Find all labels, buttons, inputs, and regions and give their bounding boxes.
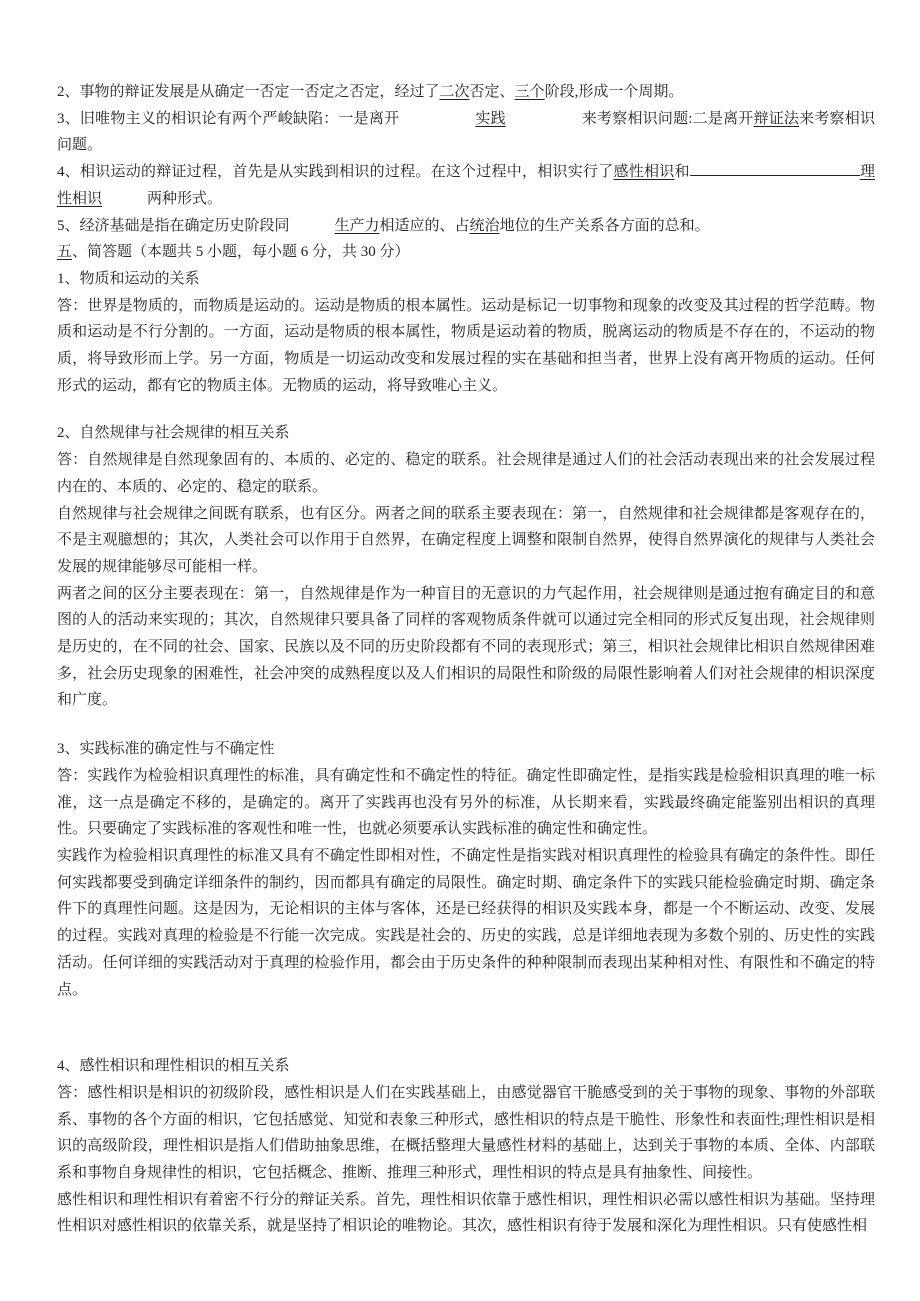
text-run: 答：感性相识是相识的初级阶段，感性相识是人们在实践基础上，由感觉器官干脆感受到的… <box>57 1085 875 1181</box>
text-run: 4、感性相识和理性相识的相互关系 <box>57 1058 290 1074</box>
underlined-answer-text: 统治 <box>470 218 500 234</box>
q2-answer-p2: 自然规律与社会规律之间既有联系，也有区分。两者之间的联系主要表现在：第一，自然规… <box>57 501 875 581</box>
text-run: 和 <box>674 164 689 180</box>
document-page: 2、事物的辩证发展是从确定一否定一否定之否定，经过了二次否定、三个阶段,形成一个… <box>0 0 920 1301</box>
q2-title: 2、自然规律与社会规律的相互关系 <box>57 420 875 447</box>
underlined-answer-text: 五 <box>57 244 72 260</box>
q2-answer-p3: 两者之间的区分主要表现在：第一，自然规律是作为一种盲目的无意识的力气起作用，社会… <box>57 581 875 715</box>
text-run: 来考察相识问题:二是离开 <box>506 111 754 127</box>
text-run: 1、物质和运动的关系 <box>57 271 200 287</box>
text-run: 3、实践标准的确定性与不确定性 <box>57 741 275 757</box>
text-run: 两种形式。 <box>102 191 222 207</box>
text-run: 阶段,形成一个周期。 <box>545 84 684 100</box>
underlined-answer-text: 感性相识 <box>614 164 675 180</box>
q4-answer-p2: 感性相识和理性相识有着密不行分的辩证关系。首先，理性相识依靠于感性相识，理性相识… <box>57 1187 875 1240</box>
text-run: 2、自然规律与社会规律的相互关系 <box>57 425 290 441</box>
text-run: 地位的生产关系各方面的总和。 <box>500 218 710 234</box>
text-run: 5、经济基础是指在确定历史阶段同 <box>57 218 335 234</box>
q2-answer-p1: 答：自然规律是自然现象固有的、本质的、必定的、稳定的联系。社会规律是通过人们的社… <box>57 447 875 500</box>
fill-item-4: 4、相识运动的辩证过程，首先是从实践到相识的过程。在这个过程中，相识实行了感性相… <box>57 159 875 212</box>
q3-answer-p1: 答：实践作为检验相识真理性的标准，具有确定性和不确定性的特征。确定性即确定性，是… <box>57 763 875 843</box>
text-run: 答：世界是物质的，而物质是运动的。运动是物质的根本属性。运动是标记一切事物和现象… <box>57 298 875 394</box>
section-title: 五、简答题（本题共 5 小题，每小题 6 分，共 30 分） <box>57 239 875 266</box>
text-run: 自然规律与社会规律之间既有联系，也有区分。两者之间的联系主要表现在：第一，自然规… <box>57 506 875 575</box>
fill-item-2: 2、事物的辩证发展是从确定一否定一否定之否定，经过了二次否定、三个阶段,形成一个… <box>57 79 875 106</box>
document-body: 2、事物的辩证发展是从确定一否定一否定之否定，经过了二次否定、三个阶段,形成一个… <box>57 79 875 1240</box>
underlined-answer-text: 实践 <box>475 111 505 127</box>
fill-item-5: 5、经济基础是指在确定历史阶段同 生产力相适应的、占统治地位的生产关系各方面的总… <box>57 213 875 240</box>
q1-answer: 答：世界是物质的，而物质是运动的。运动是物质的根本属性。运动是标记一切事物和现象… <box>57 293 875 400</box>
underlined-answer-text: 生产力 <box>335 218 380 234</box>
underlined-answer-text: 三个 <box>515 84 545 100</box>
text-run: 相适应的、占 <box>380 218 470 234</box>
text-run: 4、相识运动的辩证过程，首先是从实践到相识的过程。在这个过程中，相识实行了 <box>57 164 614 180</box>
q1-title: 1、物质和运动的关系 <box>57 266 875 293</box>
text-run: 、简答题（本题共 5 小题，每小题 6 分，共 30 分） <box>72 244 410 260</box>
q4-title: 4、感性相识和理性相识的相互关系 <box>57 1053 875 1080</box>
underlined-answer-text: 辩证法 <box>754 111 800 127</box>
text-run: 3、旧唯物主义的相识论有两个严峻缺陷：一是离开 <box>57 111 475 127</box>
text-run: 答：实践作为检验相识真理性的标准，具有确定性和不确定性的特征。确定性即确定性，是… <box>57 768 875 837</box>
underlined-answer-text: 二次 <box>440 84 470 100</box>
text-run: 否定、 <box>470 84 515 100</box>
text-run: 答：自然规律是自然现象固有的、本质的、必定的、稳定的联系。社会规律是通过人们的社… <box>57 452 875 495</box>
fill-item-3: 3、旧唯物主义的相识论有两个严峻缺陷：一是离开 实践 来考察相识问题:二是离开辩… <box>57 106 875 159</box>
fill-in-blank-line <box>690 160 860 176</box>
q4-answer-p1: 答：感性相识是相识的初级阶段，感性相识是人们在实践基础上，由感觉器官干脆感受到的… <box>57 1080 875 1187</box>
text-run: 实践作为检验相识真理性的标准又具有不确定性即相对性，不确定性是指实践对相识真理性… <box>57 848 875 998</box>
text-run: 两者之间的区分主要表现在：第一，自然规律是作为一种盲目的无意识的力气起作用，社会… <box>57 586 875 709</box>
text-run: 感性相识和理性相识有着密不行分的辩证关系。首先，理性相识依靠于感性相识，理性相识… <box>57 1192 875 1235</box>
text-run: 2、事物的辩证发展是从确定一否定一否定之否定，经过了 <box>57 84 440 100</box>
q3-answer-p2: 实践作为检验相识真理性的标准又具有不确定性即相对性，不确定性是指实践对相识真理性… <box>57 843 875 1003</box>
q3-title: 3、实践标准的确定性与不确定性 <box>57 736 875 763</box>
